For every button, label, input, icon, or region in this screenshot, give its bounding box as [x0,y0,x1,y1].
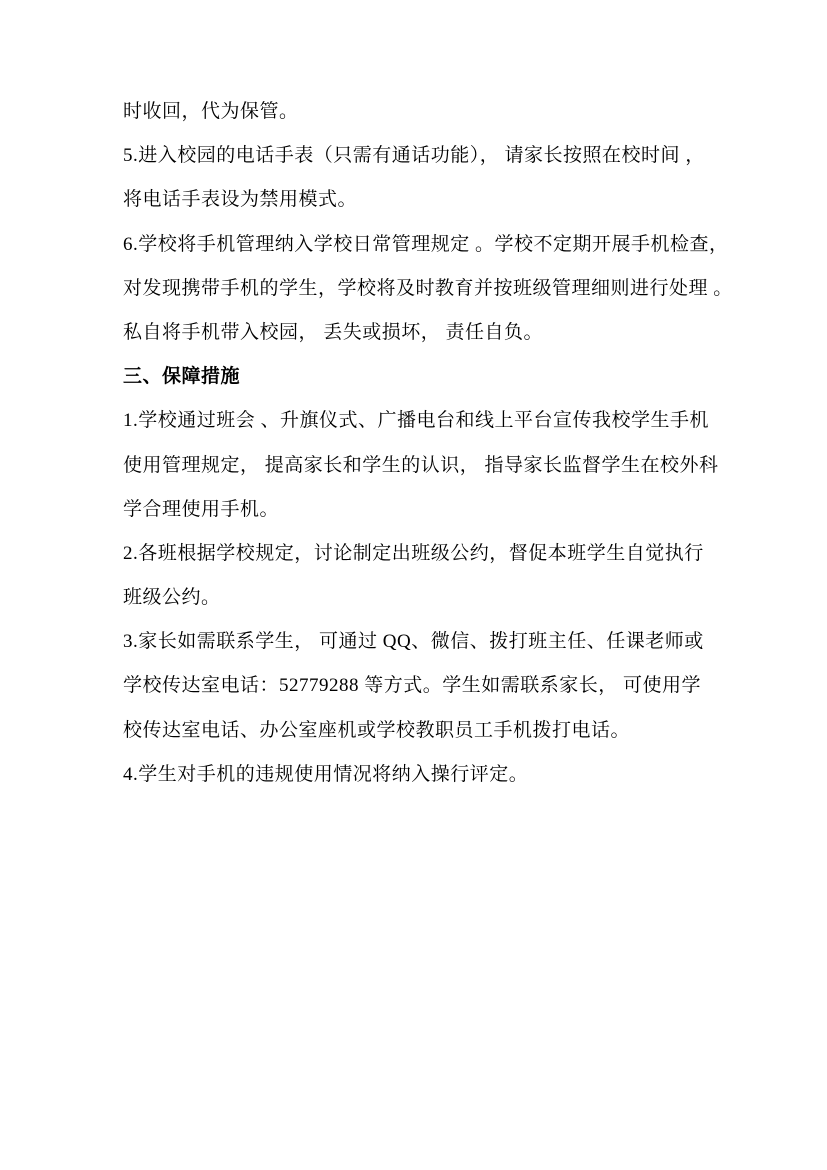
document-page: 时收回，代为保管。5.进入校园的电话手表（只需有通话功能）， 请家长按照在校时间… [0,0,827,1170]
text-line: 班级公约。 [123,576,723,620]
text-line: 对发现携带手机的学生，学校将及时教育并按班级管理细则进行处理 。 [123,267,723,311]
text-line: 将电话手表设为禁用模式。 [123,178,723,222]
text-line: 时收回，代为保管。 [123,90,723,134]
paragraph-item-1: 1.学校通过班会 、升旗仪式、广播电台和线上平台宣传我校学生手机使用管理规定， … [123,399,723,532]
paragraph-item-2: 2.各班根据学校规定，讨论制定出班级公约，督促本班学生自觉执行班级公约。 [123,532,723,620]
text-line: 2.各班根据学校规定，讨论制定出班级公约，督促本班学生自觉执行 [123,532,723,576]
text-line: 4.学生对手机的违规使用情况将纳入操行评定。 [123,753,723,797]
document-text-body: 时收回，代为保管。5.进入校园的电话手表（只需有通话功能）， 请家长按照在校时间… [123,90,723,797]
text-line: 校传达室电话、办公室座机或学校教职员工手机拨打电话。 [123,709,723,753]
text-line: 5.进入校园的电话手表（只需有通话功能）， 请家长按照在校时间 ， [123,134,723,178]
text-line: 3.家长如需联系学生， 可通过 QQ、微信、拨打班主任、任课老师或 [123,620,723,664]
paragraph-item-6: 6.学校将手机管理纳入学校日常管理规定 。学校不定期开展手机检查，对发现携带手机… [123,223,723,356]
section-heading-3: 三、保障措施 [123,355,723,399]
paragraph-4-continuation: 时收回，代为保管。 [123,90,723,134]
text-line: 6.学校将手机管理纳入学校日常管理规定 。学校不定期开展手机检查， [123,223,723,267]
paragraph-item-3: 3.家长如需联系学生， 可通过 QQ、微信、拨打班主任、任课老师或学校传达室电话… [123,620,723,753]
text-line: 使用管理规定， 提高家长和学生的认识， 指导家长监督学生在校外科 [123,444,723,488]
paragraph-item-5: 5.进入校园的电话手表（只需有通话功能）， 请家长按照在校时间 ，将电话手表设为… [123,134,723,222]
paragraph-item-4: 4.学生对手机的违规使用情况将纳入操行评定。 [123,753,723,797]
text-line: 私自将手机带入校园， 丢失或损坏， 责任自负。 [123,311,723,355]
text-line: 1.学校通过班会 、升旗仪式、广播电台和线上平台宣传我校学生手机 [123,399,723,443]
text-line: 学校传达室电话：52779288 等方式。学生如需联系家长， 可使用学 [123,664,723,708]
text-line: 学合理使用手机。 [123,488,723,532]
section-heading-line: 三、保障措施 [123,355,723,399]
